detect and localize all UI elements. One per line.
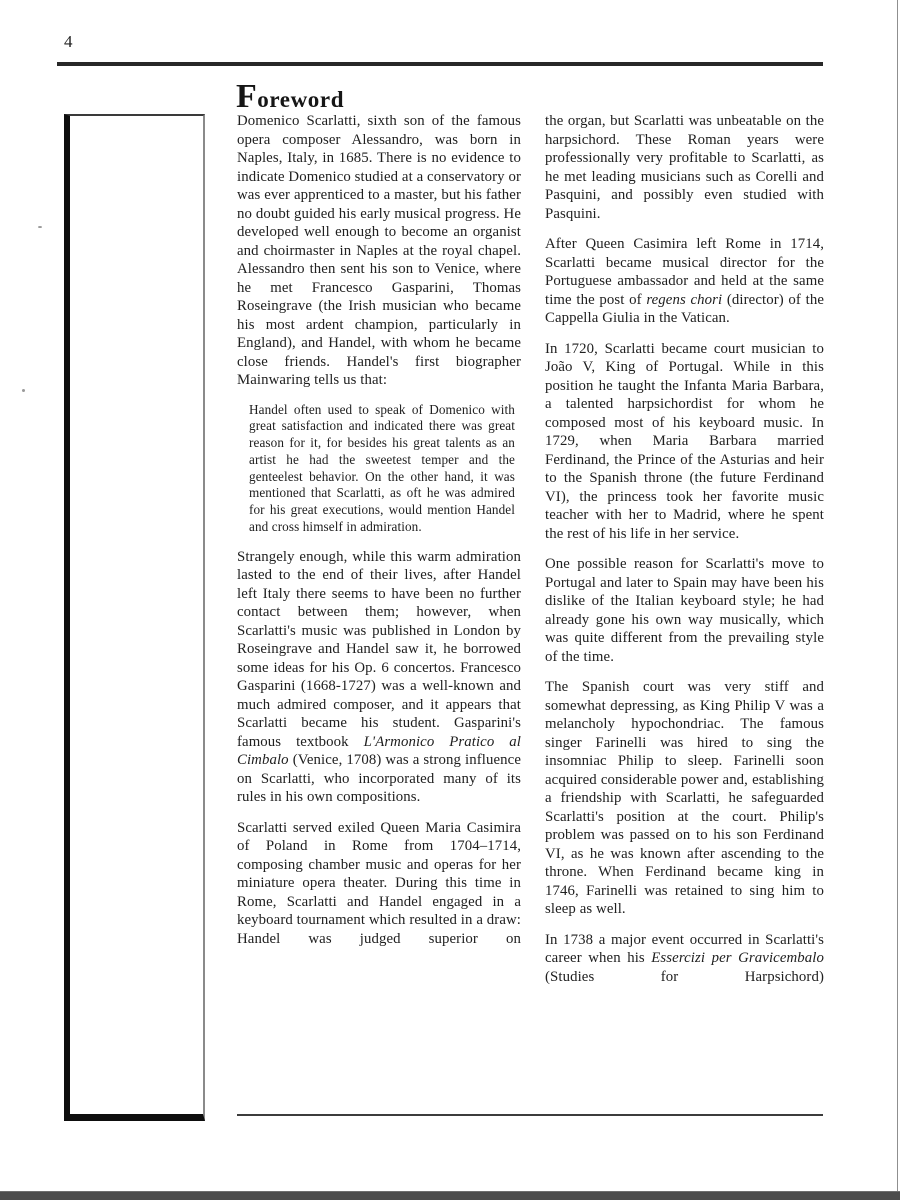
- heading-rest: oreword: [257, 87, 344, 112]
- foreword-heading: Foreword: [236, 78, 344, 116]
- left-column: Domenico Scarlatti, sixth son of the fam…: [237, 112, 521, 960]
- paragraph: The Spanish court was very stiff and som…: [545, 678, 824, 919]
- footer-rule: [237, 1114, 823, 1116]
- bottom-scan-edge: [0, 1191, 900, 1200]
- paragraph: In 1738 a major event occurred in Scarla…: [545, 931, 824, 987]
- scan-speck: [38, 226, 42, 228]
- paragraph: the organ, but Scarlatti was unbeatable …: [545, 112, 824, 223]
- paragraph: Scarlatti served exiled Queen Maria Casi…: [237, 819, 521, 949]
- block-quote: Handel often used to speak of Domenico w…: [249, 402, 515, 536]
- scan-speck: [22, 389, 25, 392]
- book-page: 4 Foreword Domenico Scarlatti, sixth son…: [0, 0, 900, 1200]
- paragraph: After Queen Casimira left Rome in 1714, …: [545, 235, 824, 328]
- heading-initial: F: [236, 78, 257, 115]
- paragraph: One possible reason for Scarlatti's move…: [545, 555, 824, 666]
- right-scan-edge: [897, 0, 898, 1191]
- top-rule: [57, 62, 823, 66]
- paragraph: Strangely enough, while this warm admira…: [237, 548, 521, 807]
- illustration-box: [64, 114, 205, 1121]
- paragraph: Domenico Scarlatti, sixth son of the fam…: [237, 112, 521, 390]
- right-column: the organ, but Scarlatti was unbeatable …: [545, 112, 824, 998]
- paragraph: In 1720, Scarlatti became court musician…: [545, 340, 824, 544]
- page-number: 4: [64, 32, 73, 52]
